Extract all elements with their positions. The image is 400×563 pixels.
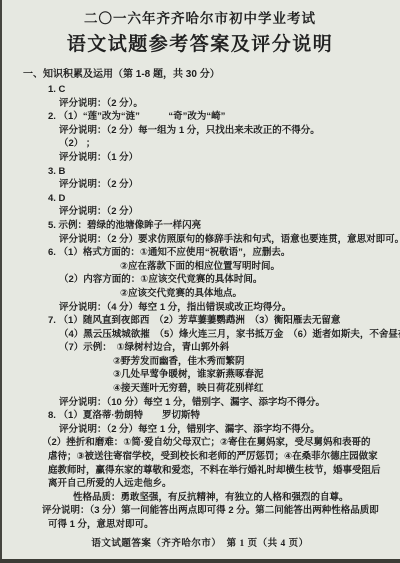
answer-q8-2-line4: 离开自己所爱的人远走他乡。 <box>48 477 400 491</box>
section-1-heading: 一、知识积累及运用（第 1-8 题，共 30 分） <box>23 67 400 82</box>
score-note-q8-2-line2: 可得 1 分，意思对即可。 <box>48 518 400 532</box>
answer-q8-2-line3: 庭教师时，赢得东家的尊敬和爱恋，不料在举行婚礼时却横生枝节，婚事受阻后 <box>48 464 400 478</box>
page-footer: 语文试题答案（齐齐哈尔市） 第 1 页（共 4 页） <box>0 535 400 549</box>
score-note-q8-2-line1: 评分说明：（3 分）第一问能答出两点即可得 2 分。第二问能答出两种性格品质即 <box>42 504 400 518</box>
score-note-q6: 评分说明：（4 分）每空 1 分，指出错误或改正均得分。 <box>59 301 400 315</box>
answer-q7-7-sub2: ②野芳发而幽香，佳木秀而繁阴 <box>113 355 400 369</box>
answer-q2-2: （2） ； <box>59 137 400 151</box>
score-note-q2-2: 评分说明：（1 分） <box>59 151 400 165</box>
answer-q8-2-line1: （2）挫折和磨难：①简·爱自幼父母双亡；②寄住在舅妈家，受尽舅妈和表哥的 <box>42 436 400 450</box>
scan-edge-left <box>0 0 2 563</box>
answer-q8-2-line2: 虐待；③被送往寄宿学校，受到校长和老师的严厉惩罚；④在桑菲尔德庄园做家 <box>48 450 400 464</box>
score-note-q3: 评分说明：（2 分） <box>59 178 400 192</box>
answer-q6-1: 6. （1）格式方面的：①通知不应使用“祝敬语”，应删去。 <box>48 246 400 260</box>
page-title: 语文试题参考答案及评分说明 <box>0 33 400 56</box>
exam-title: 二〇一六年齐齐哈尔市初中学业考试 <box>0 11 400 27</box>
answer-q1: 1. C <box>48 83 400 97</box>
answer-q7-7-sub1: （7）示例： ①绿树村边合，青山郭外斜 <box>59 341 400 355</box>
answer-q7-7-sub4: ④接天莲叶无穷碧，映日荷花别样红 <box>113 382 400 396</box>
score-note-q8-1: 评分说明：（2 分）每空 1 分，错别字、漏字、添字均不得分。 <box>59 423 400 437</box>
score-note-q2-1: 评分说明：（2 分）每一组为 1 分，只找出来未改正的不得分。 <box>59 124 400 138</box>
answer-q7-7-sub3: ③几处早莺争暖树，谁家新燕啄春泥 <box>113 368 400 382</box>
answer-q8-2-traits: 性格品质：勇敢坚强，有反抗精神，有独立的人格和强烈的自尊。 <box>73 491 400 505</box>
answer-q7-1-3: 7. （1）随风直到夜郎西 （2）芳草萋萋鹦鹉洲 （3）衡阳雁去无留意 <box>48 314 400 328</box>
answer-q5: 5. 示例：碧绿的池塘像眸子一样闪亮 <box>48 219 400 233</box>
answer-q6-2: （2）内容方面的：①应该交代竞赛的具体时间。 <box>59 273 400 287</box>
score-note-q4: 评分说明：（2 分） <box>59 205 400 219</box>
answer-q7-4-6: （4）黑云压城城欲摧 （5）烽火连三月，家书抵万金 （6）逝者如斯夫，不舍昼夜 <box>59 328 400 342</box>
answer-sheet-page: 二〇一六年齐齐哈尔市初中学业考试 语文试题参考答案及评分说明 一、知识积累及运用… <box>0 0 400 563</box>
score-note-q1: 评分说明：（2 分）。 <box>59 97 400 111</box>
score-note-q7: 评分说明：（10 分）每空 1 分，错别字、漏字、添字均不得分。 <box>59 396 400 410</box>
answer-q8-1: 8. （1）夏洛蒂·勃朗特 罗切斯特 <box>48 409 400 423</box>
score-note-q5: 评分说明：（2 分）要求仿照原句的修辞手法和句式，语意也要连贯，意思对即可。 <box>59 233 400 247</box>
scan-edge-bottom <box>0 559 400 563</box>
answer-q3: 3. B <box>48 165 400 179</box>
answer-q2-1: 2. （1）“莲”改为“涟” “奇”改为“崎” <box>48 110 400 124</box>
answer-q6-1-sub2: ②应在落款下面的相应位置写明时间。 <box>120 260 400 274</box>
answer-q6-2-sub2: ②应该交代竞赛的具体地点。 <box>120 287 400 301</box>
answer-q4: 4. D <box>48 192 400 206</box>
